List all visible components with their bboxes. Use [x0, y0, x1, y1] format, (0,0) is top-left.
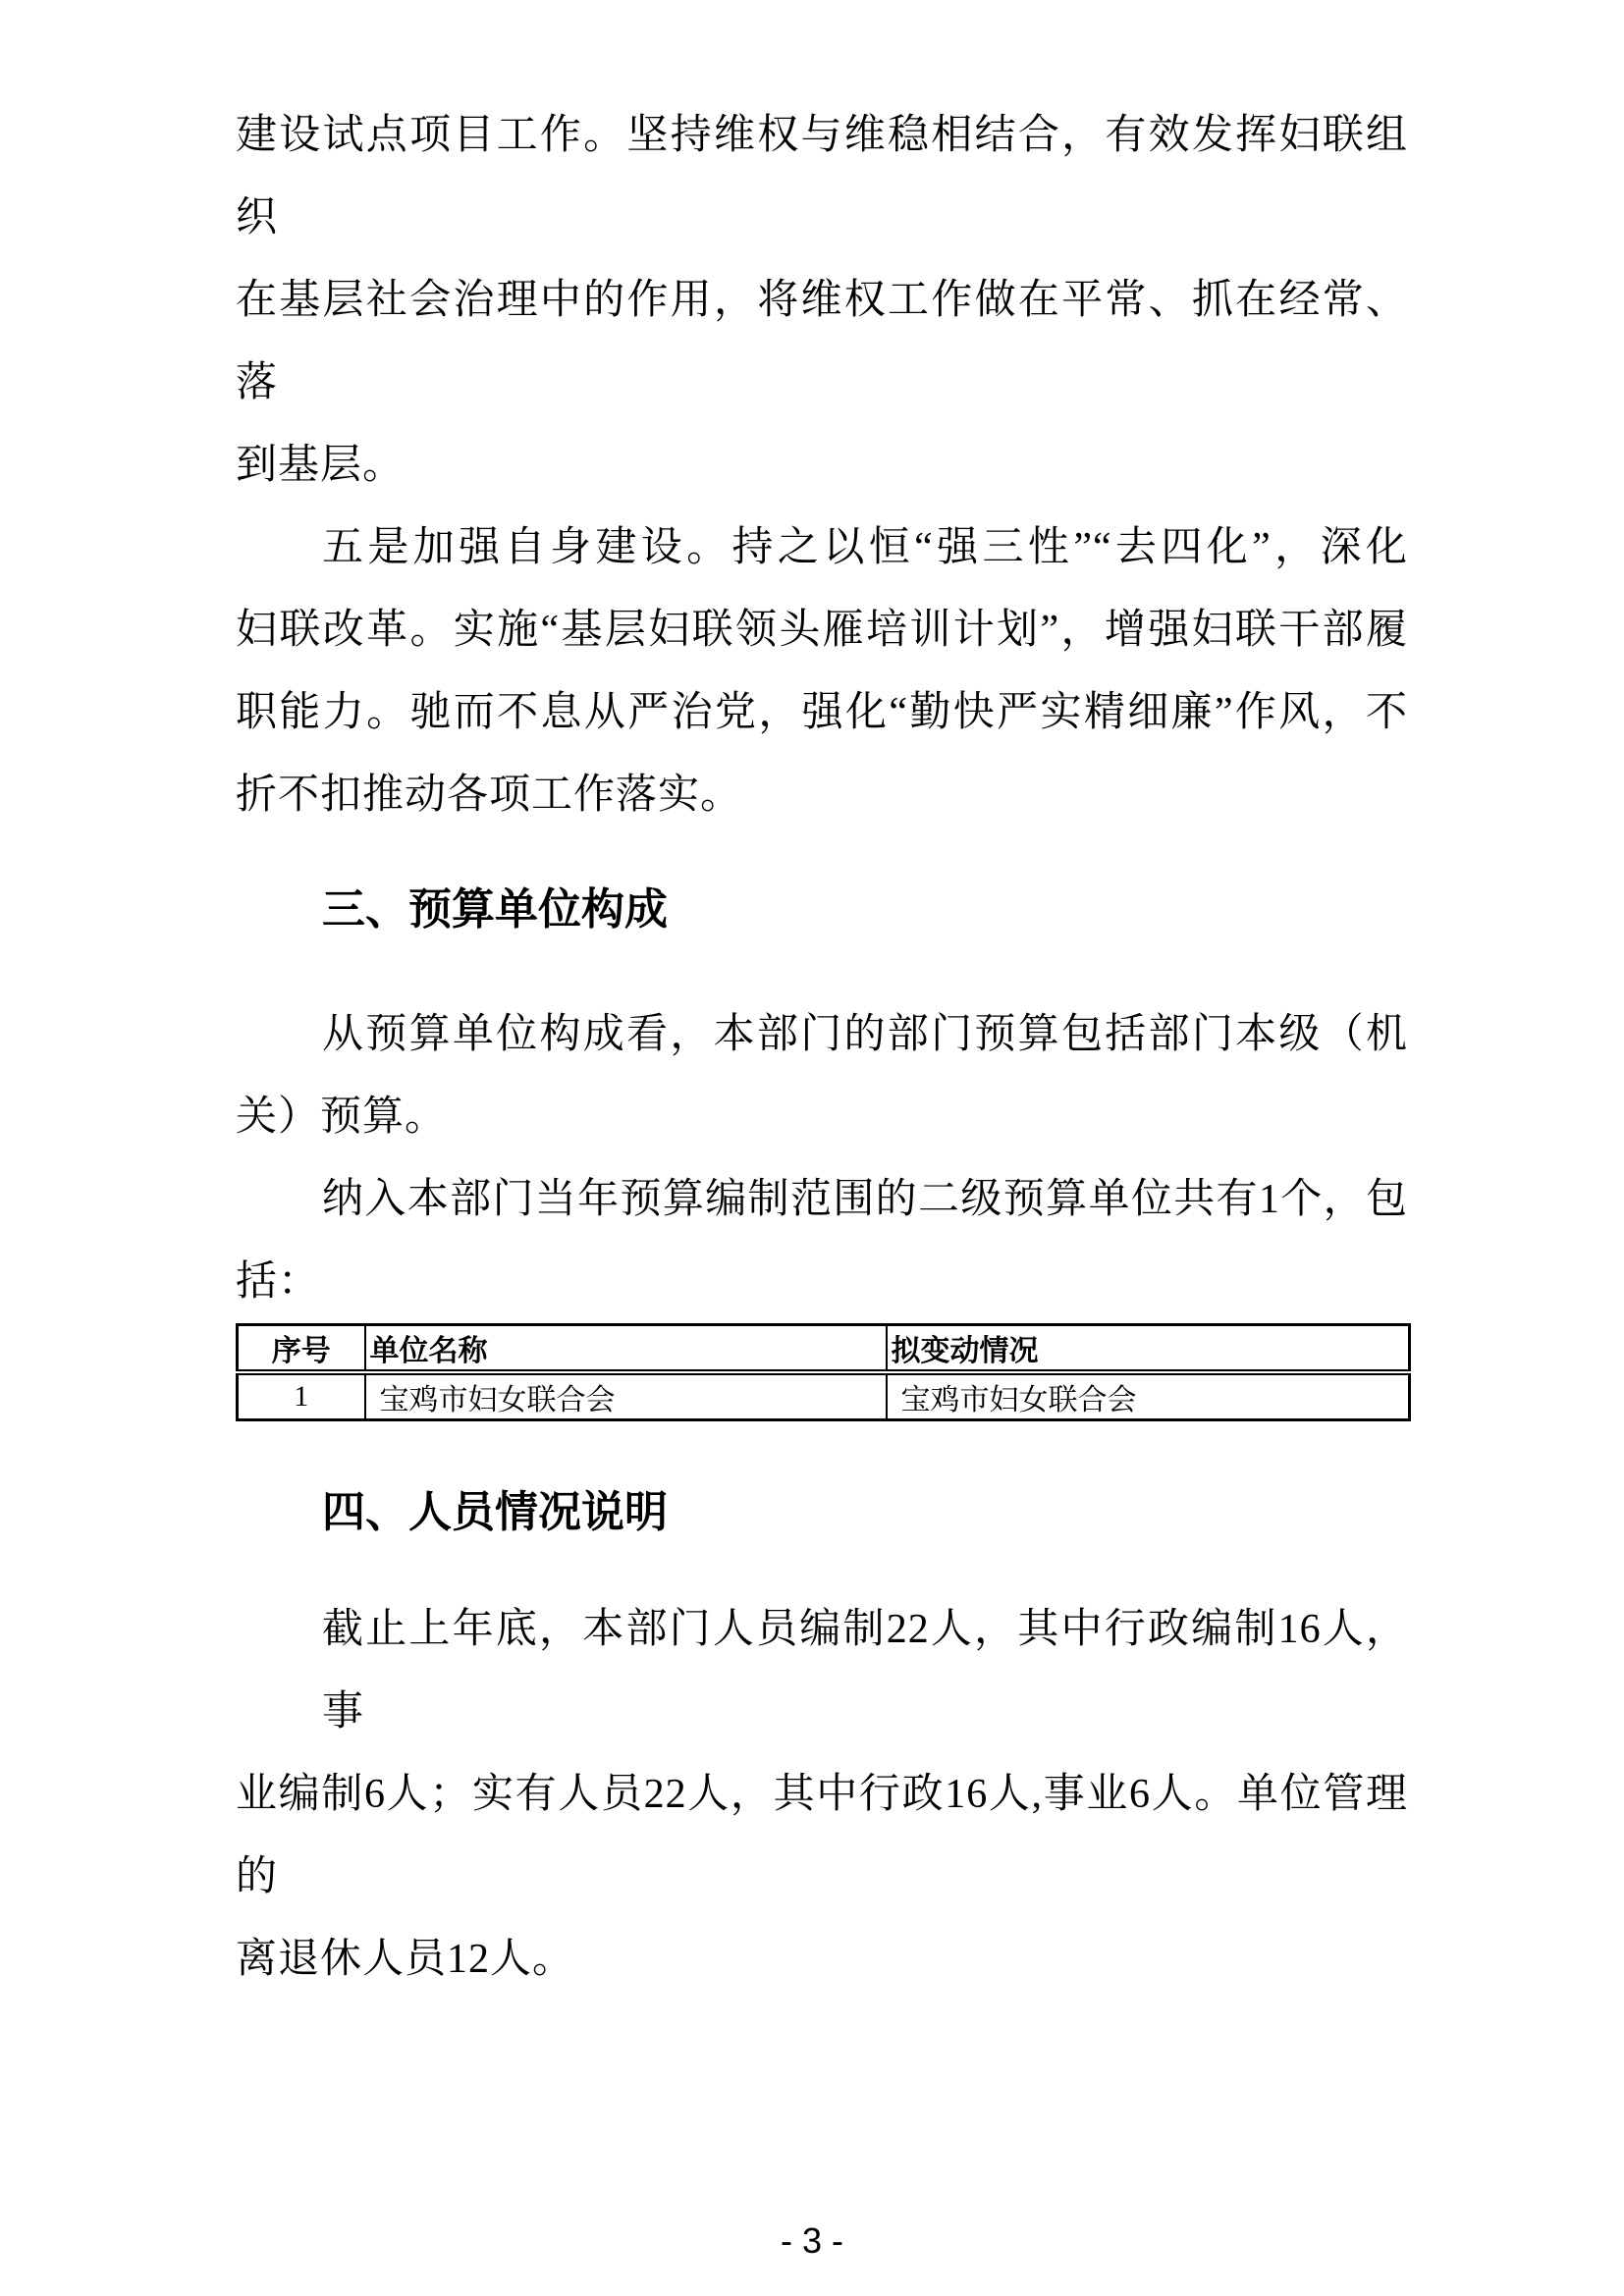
table-cell-unit-name: 宝鸡市妇女联合会	[365, 1372, 887, 1420]
paragraph-line: 离退休人员12人。	[236, 1918, 1408, 2001]
paragraph-line: 从预算单位构成看，本部门的部门预算包括部门本级（机	[236, 993, 1408, 1076]
table-header-serial-number: 序号	[238, 1325, 365, 1373]
paragraph-secondary-units: 纳入本部门当年预算编制范围的二级预算单位共有1个，包 括：	[236, 1158, 1408, 1323]
table-header-proposed-change: 拟变动情况	[887, 1325, 1410, 1373]
paragraph-line: 截止上年底，本部门人员编制22人，其中行政编制16人，事	[236, 1588, 1408, 1753]
paragraph-line: 纳入本部门当年预算编制范围的二级预算单位共有1个，包	[236, 1158, 1408, 1241]
paragraph-line: 在基层社会治理中的作用，将维权工作做在平常、抓在经常、落	[236, 259, 1408, 424]
table-cell-proposed-change: 宝鸡市妇女联合会	[887, 1372, 1410, 1420]
paragraph-line: 括：	[236, 1241, 1408, 1323]
paragraph-self-construction: 五是加强自身建设。持之以恒“强三性”“去四化”，深化 妇联改革。实施“基层妇联领…	[236, 507, 1408, 836]
paragraph-personnel: 截止上年底，本部门人员编制22人，其中行政编制16人，事 业编制6人；实有人员2…	[236, 1588, 1408, 2001]
document-page: 建设试点项目工作。坚持维权与维稳相结合，有效发挥妇联组织 在基层社会治理中的作用…	[0, 0, 1624, 2296]
page-content: 建设试点项目工作。坚持维权与维稳相结合，有效发挥妇联组织 在基层社会治理中的作用…	[236, 0, 1408, 2001]
paragraph-line: 建设试点项目工作。坚持维权与维稳相结合，有效发挥妇联组织	[236, 94, 1408, 259]
paragraph-line: 职能力。驰而不息从严治党，强化“勤快严实精细廉”作风，不	[236, 671, 1408, 754]
section-heading-budget-unit-composition: 三、预算单位构成	[236, 880, 1408, 940]
budget-unit-table: 序号 单位名称 拟变动情况 1 宝鸡市妇女联合会 宝鸡市妇女联合会	[236, 1323, 1411, 1421]
paragraph-line: 折不扣推动各项工作落实。	[236, 754, 1408, 836]
paragraph-line: 妇联改革。实施“基层妇联领头雁培训计划”，增强妇联干部履	[236, 589, 1408, 671]
paragraph-grassroots-governance: 建设试点项目工作。坚持维权与维稳相结合，有效发挥妇联组织 在基层社会治理中的作用…	[236, 94, 1408, 507]
table-cell-serial-number: 1	[238, 1372, 365, 1420]
paragraph-line: 五是加强自身建设。持之以恒“强三性”“去四化”，深化	[236, 507, 1408, 589]
page-number: - 3 -	[0, 2220, 1624, 2262]
section-heading-personnel-situation: 四、人员情况说明	[236, 1482, 1408, 1543]
paragraph-budget-composition: 从预算单位构成看，本部门的部门预算包括部门本级（机 关）预算。	[236, 993, 1408, 1158]
paragraph-line: 业编制6人；实有人员22人，其中行政16人,事业6人。单位管理的	[236, 1753, 1408, 1918]
table-row: 1 宝鸡市妇女联合会 宝鸡市妇女联合会	[238, 1372, 1410, 1420]
paragraph-line: 关）预算。	[236, 1076, 1408, 1158]
paragraph-line: 到基层。	[236, 424, 1408, 507]
table-header-unit-name: 单位名称	[365, 1325, 887, 1373]
table-header-row: 序号 单位名称 拟变动情况	[238, 1325, 1410, 1373]
